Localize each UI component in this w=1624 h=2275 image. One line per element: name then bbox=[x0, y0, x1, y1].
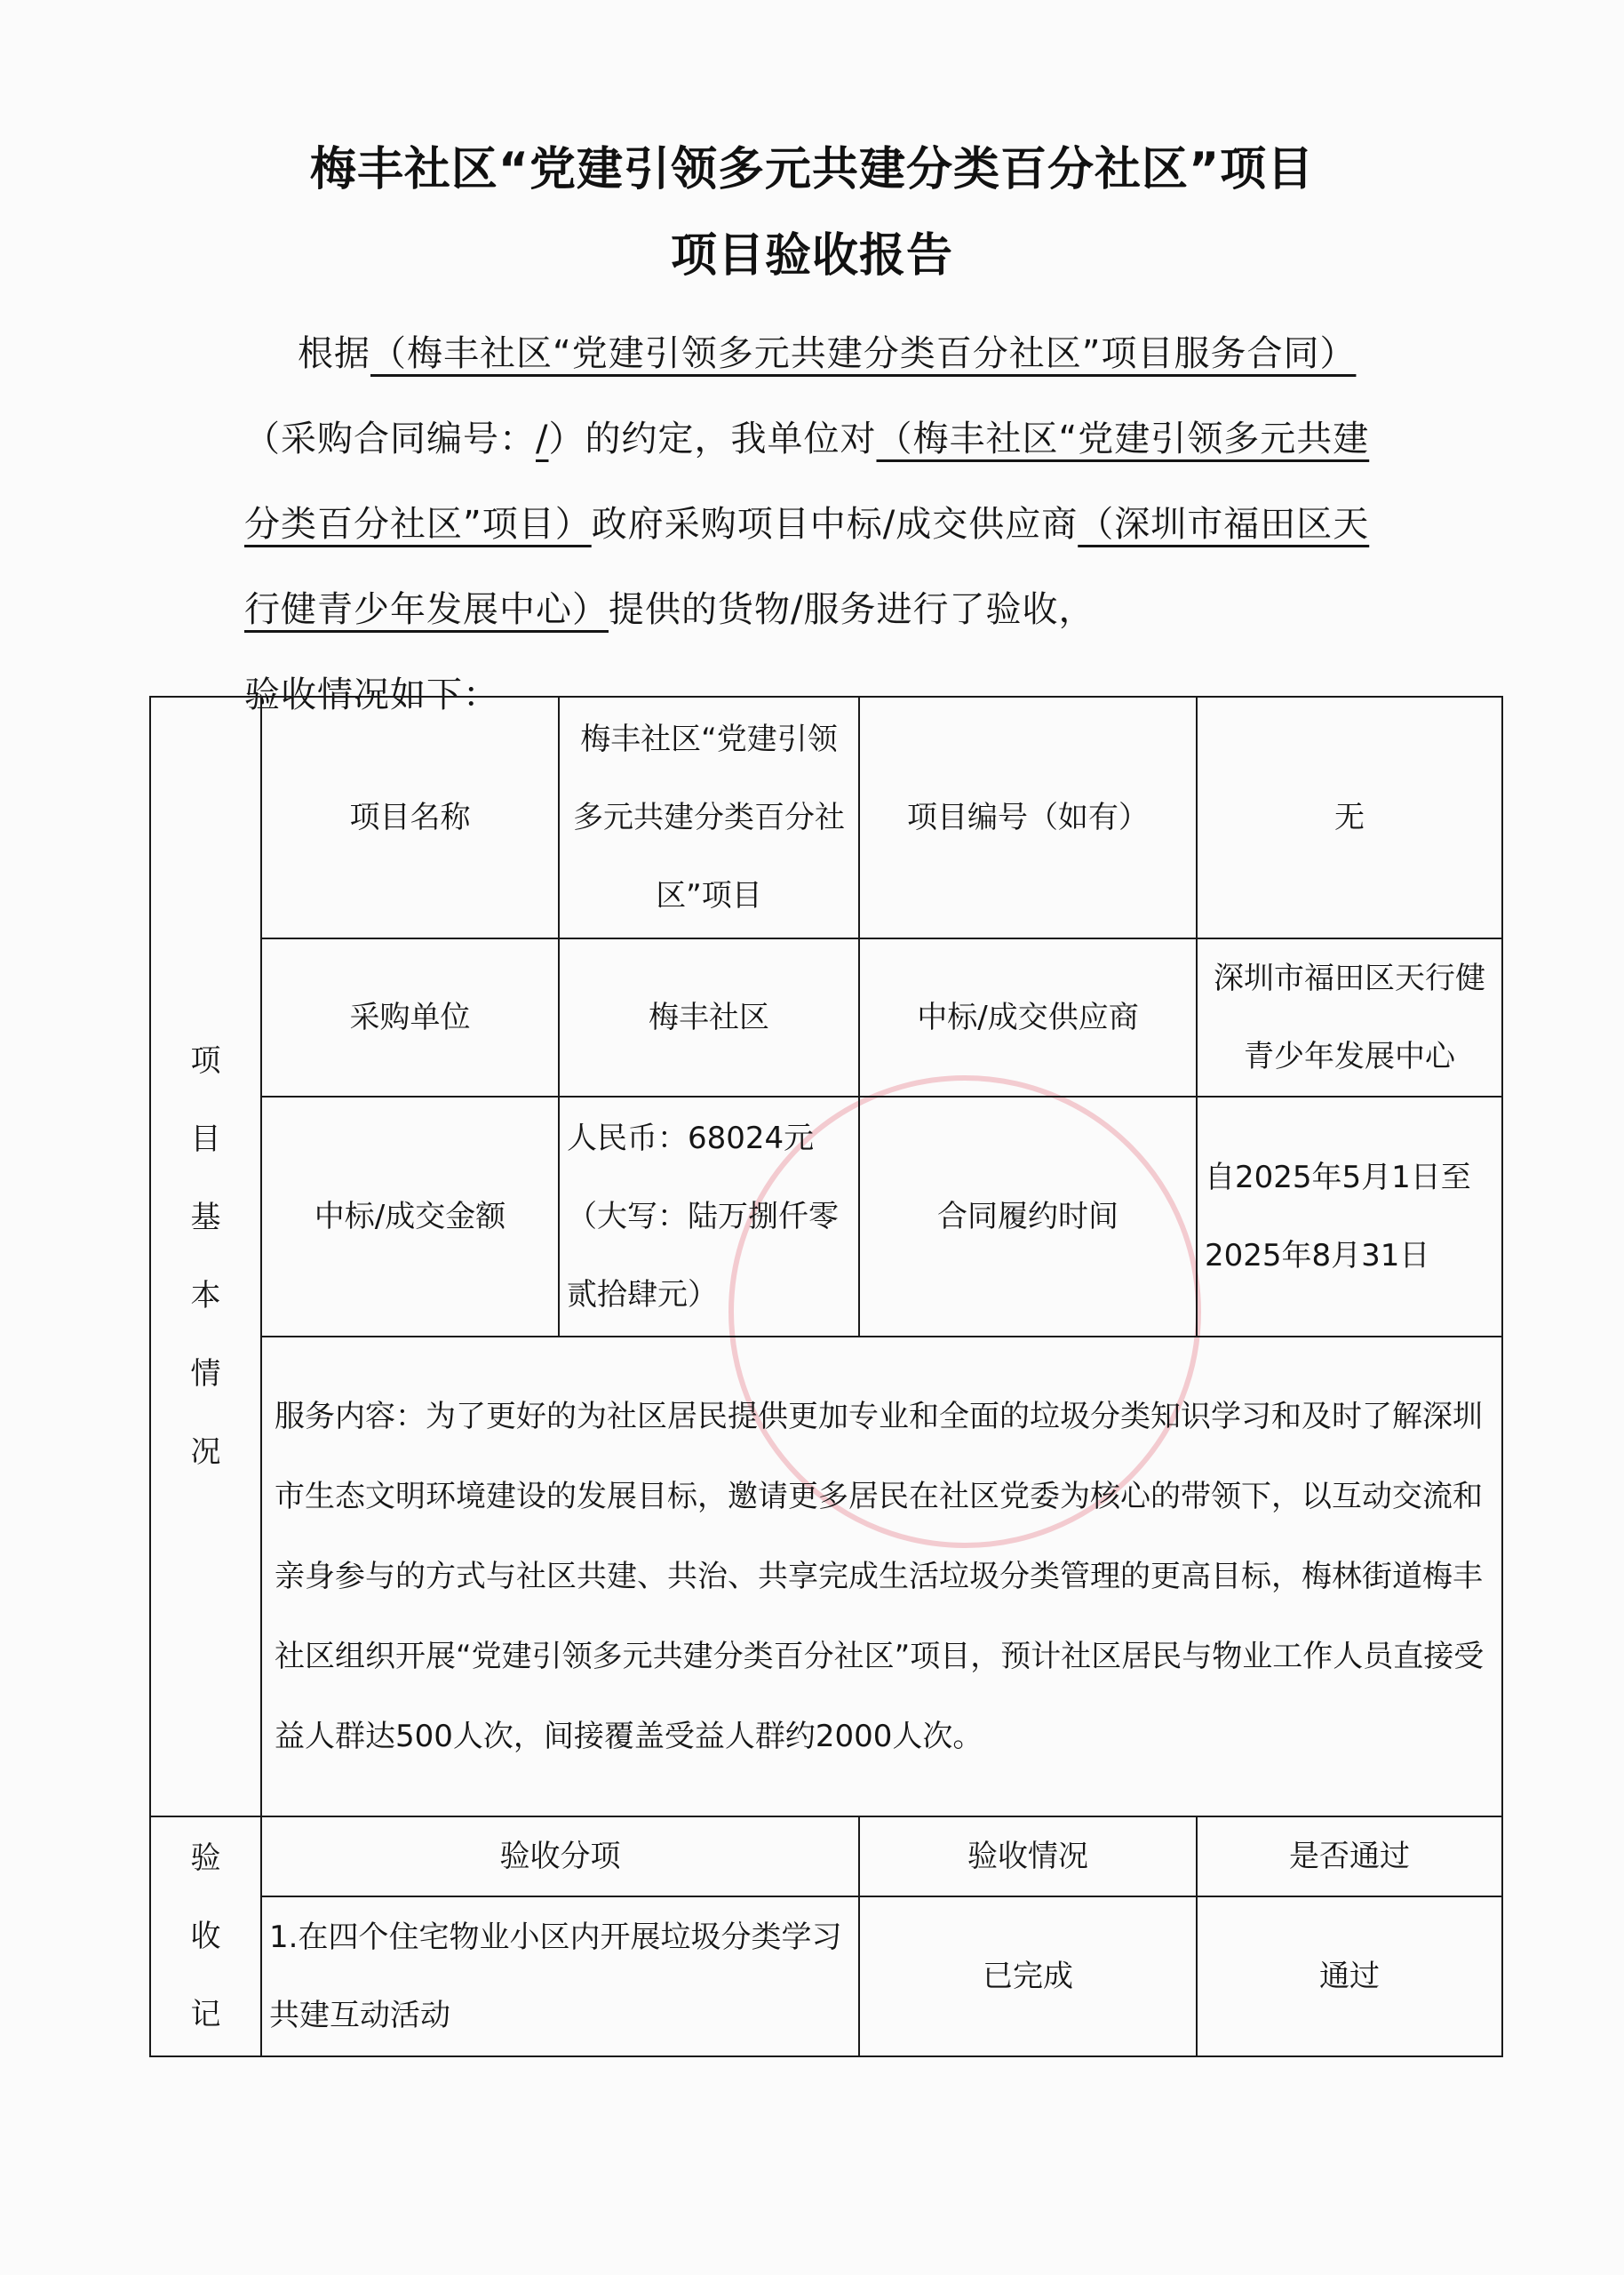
table-row: 项 目 基 本 情 况 项目名称 梅丰社区“党建引领多元共建分类百分社区”项目 … bbox=[150, 697, 1502, 938]
value-amount: 人民币：68024元（大写：陆万捌仟零贰拾肆元） bbox=[559, 1097, 859, 1337]
table-row: 验 收 记 验收分项 验收情况 是否通过 bbox=[150, 1816, 1502, 1896]
contract-no-suffix: ）的约定，我单位对 bbox=[548, 419, 876, 459]
header-acceptance-status: 验收情况 bbox=[859, 1816, 1197, 1896]
section-label-acceptance: 验 收 记 bbox=[150, 1816, 261, 2056]
value-project-name: 梅丰社区“党建引领多元共建分类百分社区”项目 bbox=[559, 697, 859, 938]
intro-middle: 政府采购项目中标/成交供应商 bbox=[592, 504, 1078, 545]
report-subtitle: 项目验收报告 bbox=[0, 218, 1624, 284]
table-row: 1.在四个住宅物业小区内开展垃圾分类学习共建互动活动 已完成 通过 bbox=[150, 1896, 1502, 2056]
header-passed: 是否通过 bbox=[1197, 1816, 1502, 1896]
table-row: 服务内容：为了更好的为社区居民提供更加专业和全面的垃圾分类知识学习和及时了解深圳… bbox=[150, 1337, 1502, 1816]
table-row: 中标/成交金额 人民币：68024元（大写：陆万捌仟零贰拾肆元） 合同履约时间 … bbox=[150, 1097, 1502, 1337]
value-contract-period: 自2025年5月1日至2025年8月31日 bbox=[1197, 1097, 1502, 1337]
acceptance-item: 1.在四个住宅物业小区内开展垃圾分类学习共建互动活动 bbox=[261, 1896, 859, 2056]
value-purchaser: 梅丰社区 bbox=[559, 938, 859, 1097]
acceptance-status: 已完成 bbox=[859, 1896, 1197, 2056]
value-project-no: 无 bbox=[1197, 697, 1502, 938]
label-supplier: 中标/成交供应商 bbox=[859, 938, 1197, 1097]
intro-paragraph: 根据（梅丰社区“党建引领多元共建分类百分社区”项目服务合同）（采购合同编号：/）… bbox=[244, 311, 1390, 738]
acceptance-table: 项 目 基 本 情 况 项目名称 梅丰社区“党建引领多元共建分类百分社区”项目 … bbox=[149, 696, 1503, 2057]
intro-suffix: 提供的货物/服务进行了验收， bbox=[609, 589, 1095, 630]
intro-prefix: 根据 bbox=[244, 333, 370, 374]
label-project-name: 项目名称 bbox=[261, 697, 559, 938]
service-content: 服务内容：为了更好的为社区居民提供更加专业和全面的垃圾分类知识学习和及时了解深圳… bbox=[261, 1337, 1502, 1816]
acceptance-passed: 通过 bbox=[1197, 1896, 1502, 2056]
contract-no-label: （采购合同编号： bbox=[244, 419, 536, 459]
value-supplier: 深圳市福田区天行健青少年发展中心 bbox=[1197, 938, 1502, 1097]
contract-name: （梅丰社区“党建引领多元共建分类百分社区”项目服务合同） bbox=[370, 333, 1356, 374]
label-project-no: 项目编号（如有） bbox=[859, 697, 1197, 938]
section-label-basic-info: 项 目 基 本 情 况 bbox=[150, 697, 261, 1816]
header-acceptance-item: 验收分项 bbox=[261, 1816, 859, 1896]
table-row: 采购单位 梅丰社区 中标/成交供应商 深圳市福田区天行健青少年发展中心 bbox=[150, 938, 1502, 1097]
label-purchaser: 采购单位 bbox=[261, 938, 559, 1097]
label-amount: 中标/成交金额 bbox=[261, 1097, 559, 1337]
label-contract-period: 合同履约时间 bbox=[859, 1097, 1197, 1337]
report-title: 梅丰社区“党建引领多元共建分类百分社区”项目 bbox=[0, 132, 1624, 198]
contract-no-value: / bbox=[536, 419, 548, 459]
